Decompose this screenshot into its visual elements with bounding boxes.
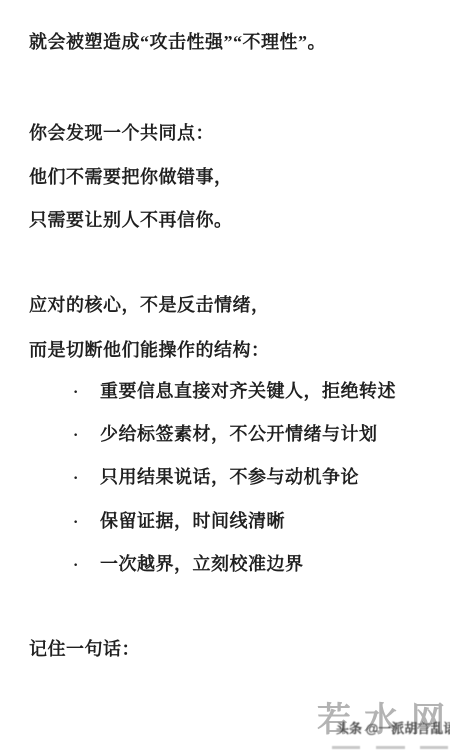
article-page: 就会被塑造成“攻击性强”“不理性”。 你会发现一个共同点： 他们不需要把你做错事…: [0, 0, 450, 750]
list-item-text: 只用结果说话，不参与动机争论: [100, 467, 359, 487]
paragraph-closing: 记住一句话：: [29, 638, 140, 660]
watermark-fine-print: [332, 746, 360, 749]
paragraph-response-line1: 应对的核心，不是反击情绪，: [29, 294, 270, 316]
watermark-fine-print: [420, 746, 448, 749]
paragraph-intro: 就会被塑造成“攻击性强”“不理性”。: [29, 31, 326, 53]
list-item-text: 少给标签素材，不公开情绪与计划: [100, 424, 378, 444]
list-item-text: 保留证据，时间线清晰: [100, 511, 285, 531]
paragraph-response-line2: 而是切断他们能操作的结构：: [29, 339, 270, 361]
list-item: ·重要信息直接对齐关键人，拒绝转述: [73, 380, 396, 404]
bullet-icon: ·: [73, 555, 100, 577]
bullet-icon: ·: [73, 468, 100, 490]
list-item: ·只用结果说话，不参与动机争论: [73, 466, 359, 490]
watermark-fine-print: [376, 746, 405, 749]
bullet-icon: ·: [73, 425, 100, 447]
list-item-text: 重要信息直接对齐关键人，拒绝转述: [100, 381, 396, 401]
paragraph-observation-heading: 你会发现一个共同点：: [29, 122, 214, 144]
list-item: ·一次越界，立刻校准边界: [73, 553, 304, 577]
bullet-icon: ·: [73, 512, 100, 534]
list-item-text: 一次越界，立刻校准边界: [100, 554, 304, 574]
paragraph-observation-line1: 他们不需要把你做错事，: [29, 166, 233, 188]
list-item: ·少给标签素材，不公开情绪与计划: [73, 423, 378, 447]
list-item: ·保留证据，时间线清晰: [73, 510, 285, 534]
paragraph-observation-line2: 只需要让别人不再信你。: [29, 209, 233, 231]
watermark-toutiao-handle: 头条 @一派胡言乱语: [336, 721, 450, 737]
bullet-icon: ·: [73, 382, 100, 404]
